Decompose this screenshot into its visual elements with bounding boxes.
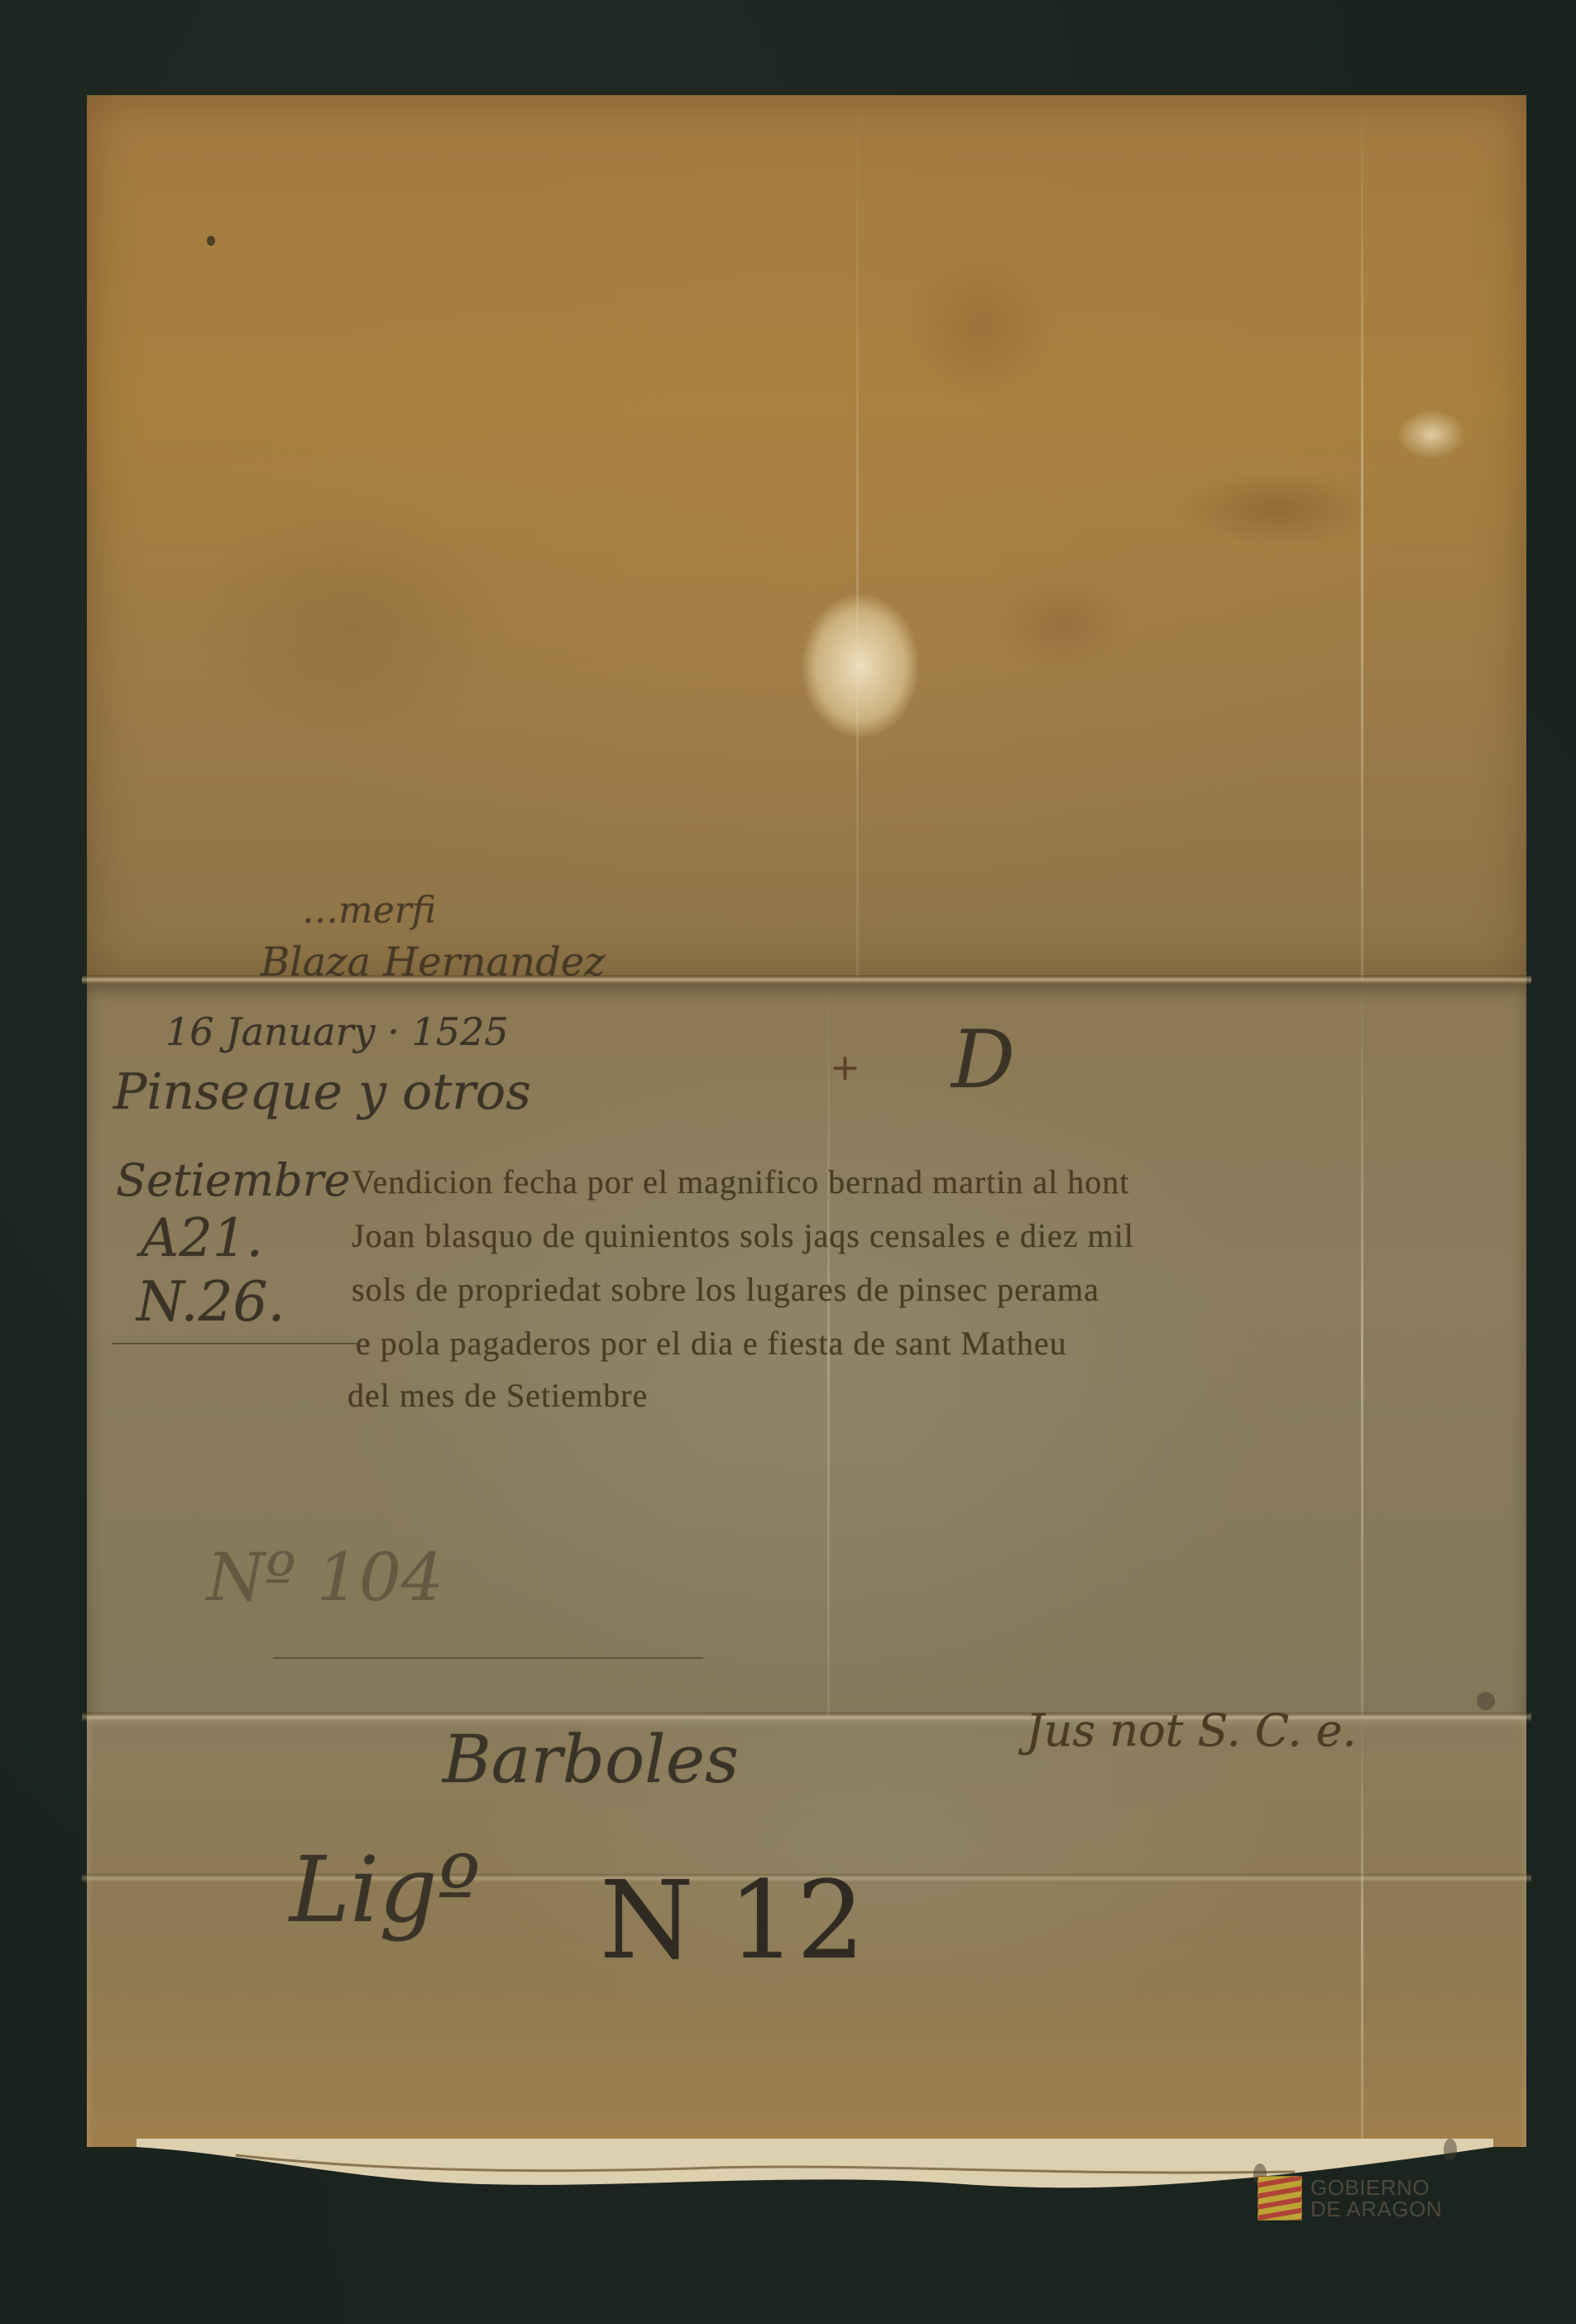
summary-line: sols de propriedat sobre los lugares de … [352,1270,1099,1309]
strike-through-line [273,1657,703,1659]
place-name-label: Barboles [443,1721,739,1798]
d-mark-glyph: D [951,1013,1015,1106]
archival-date-note: 16 January · 1525 [165,1009,509,1054]
logo-line-1: GOBIERNO [1310,2177,1442,2198]
vertical-fold-crease [1361,980,1363,1717]
vertical-fold-crease [856,95,859,980]
stain-spot [1477,1692,1495,1710]
margin-underline [112,1343,360,1344]
vertical-fold-crease [1361,95,1363,980]
margin-month-note: Setiembre [116,1154,350,1206]
summary-line: e pola pagaderos por el dia e fiesta de … [356,1324,1067,1363]
notary-mark: Jus not S. C. e. [1026,1704,1357,1756]
struck-out-annotation: Nº 104 [207,1539,443,1616]
stain-spot [1444,2139,1457,2160]
logo-text: GOBIERNO DE ARAGON [1310,2177,1442,2220]
parchment-top-fold [87,95,1526,980]
summary-line: del mes de Setiembre [347,1376,648,1415]
reference-a-number: A21. [141,1208,263,1269]
summary-line: Vendicion fecha por el magnifico bernad … [352,1162,1129,1201]
faded-signature-line: Blaza Hernandez [261,939,605,985]
gobierno-de-aragon-logo: GOBIERNO DE ARAGON [1257,2168,1481,2229]
aragon-flag-icon [1257,2176,1302,2221]
bundle-label: Ligº [290,1837,480,1943]
reference-n-number: N.26. [137,1270,285,1334]
parchment-sheet: …merfi Blaza Hernandez 16 January · 1525… [87,95,1526,2147]
logo-line-2: DE ARAGON [1310,2198,1442,2220]
summary-line: Joan blasquo de quinientos sols jaqs cen… [352,1216,1134,1255]
bundle-number: N 12 [600,1857,865,1983]
vertical-fold-crease [1361,1717,1363,2147]
archival-place-note: Pinseque y otros [113,1063,531,1121]
cross-mark-icon: + [830,1047,860,1089]
ink-dot [207,236,215,246]
faded-signature-line: …merfi [302,889,436,932]
